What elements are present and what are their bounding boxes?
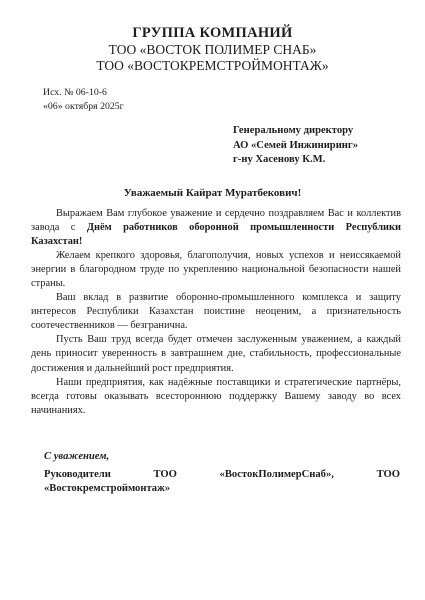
addressee-company: АО «Семей Инжиниринг»: [233, 139, 401, 154]
signers-line: Руководители ТОО «ВостокПолимерСнаб», ТО…: [44, 468, 400, 496]
company-name-vostok-polimer-snab: ТОО «ВОСТОК ПОЛИМЕР СНАБ»: [0, 42, 425, 58]
letter-body: Выражаем Вам глубокое уважение и сердечн…: [31, 207, 401, 418]
company-name-vostokremstroymontazh: ТОО «ВОСТОКРЕМСТРОЙМОНТАЖ»: [0, 58, 425, 74]
paragraph-contribution: Ваш вклад в развитие оборонно-промышленн…: [31, 291, 401, 333]
closing-phrase: С уважением,: [44, 450, 400, 464]
paragraph-wishes: Желаем крепкого здоровья, благополучия, …: [31, 249, 401, 291]
addressee-block: Генеральному директору АО «Семей Инжинир…: [233, 124, 401, 168]
holiday-name-emphasis: Днём работников оборонной промышленности…: [31, 222, 401, 247]
letterhead: ГРУППА КОМПАНИЙ ТОО «ВОСТОК ПОЛИМЕР СНАБ…: [0, 0, 425, 73]
paragraph-recognition: Пусть Ваш труд всегда будет отмечен засл…: [31, 333, 401, 375]
letter-document: ГРУППА КОМПАНИЙ ТОО «ВОСТОК ПОЛИМЕР СНАБ…: [0, 0, 425, 600]
salutation: Уважаемый Кайрат Муратбекович!: [0, 186, 425, 201]
addressee-person: г-ну Хасенову К.М.: [233, 153, 401, 168]
reference-block: Исх. № 06-10-6 «06» октября 2025г: [43, 86, 425, 113]
company-group-title: ГРУППА КОМПАНИЙ: [0, 25, 425, 42]
paragraph-partnership: Наши предприятия, как надёжные поставщик…: [31, 376, 401, 418]
addressee-position: Генеральному директору: [233, 124, 401, 139]
letter-date: «06» октября 2025г: [43, 100, 425, 114]
signature-block: С уважением, Руководители ТОО «ВостокПол…: [44, 450, 400, 496]
outgoing-number: Исх. № 06-10-6: [43, 86, 425, 100]
paragraph-greeting: Выражаем Вам глубокое уважение и сердечн…: [31, 207, 401, 249]
